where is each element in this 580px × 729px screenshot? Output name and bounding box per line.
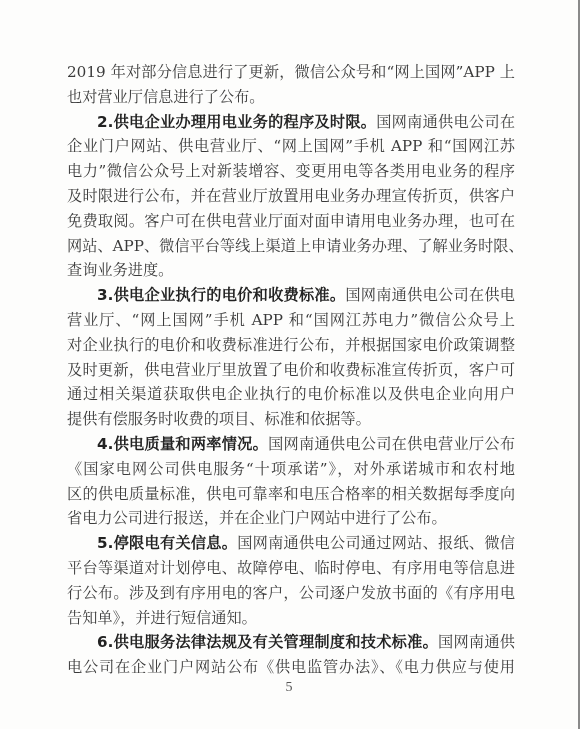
section-6-heading-line: 6.供电服务法律法规及有关管理制度和技术标准。国网南通供 bbox=[67, 630, 515, 655]
section-5-heading: 5.停限电有关信息。 bbox=[97, 534, 237, 552]
page-body: 2019 年对部分信息进行了更新，微信公众号和“网上国网”APP 上 也对营业厅… bbox=[67, 60, 515, 680]
text-line: 区的供电质量标准，供电可靠率和电压合格率的相关数据每季度向 bbox=[67, 482, 515, 507]
text-line: 平台等渠道对计划停电、故障停电、临时停电、有序用电等信息进 bbox=[67, 556, 515, 581]
text-span: 国网南通供电公司通过网站、报纸、微信 bbox=[237, 534, 515, 552]
text-span: 国网南通供电公司在供电营业厅公布 bbox=[268, 435, 515, 453]
section-4-heading-line: 4.供电质量和两率情况。国网南通供电公司在供电营业厅公布 bbox=[67, 432, 515, 457]
text-line: 对企业执行的电价和收费标准进行公布，并根据国家电价政策调整 bbox=[67, 333, 515, 358]
section-6-heading: 6.供电服务法律法规及有关管理制度和技术标准。 bbox=[97, 633, 438, 651]
section-2-heading: 2.供电企业办理用电业务的程序及时限。 bbox=[97, 113, 376, 131]
text-line: 及时更新，供电营业厅里放置了电价和收费标准宣传折页，客户可 bbox=[67, 358, 515, 383]
text-line: 电公司在企业门户网站公布《供电监管办法》、《电力供应与使用 bbox=[67, 655, 515, 680]
text-line: 营业厅、“网上国网”手机 APP 和“国网江苏电力”微信公众号上 bbox=[67, 308, 515, 333]
text-line: 企业门户网站、供电营业厅、“网上国网”手机 APP 和“国网江苏 bbox=[67, 134, 515, 159]
text-line: 《国家电网公司供电服务“十项承诺”》，对外承诺城市和农村地 bbox=[67, 457, 515, 482]
section-5-heading-line: 5.停限电有关信息。国网南通供电公司通过网站、报纸、微信 bbox=[67, 531, 515, 556]
text-line: 及时限进行公布，并在营业厅放置用电业务办理宣传折页，供客户 bbox=[67, 184, 515, 209]
text-line: 查询业务进度。 bbox=[67, 258, 515, 283]
text-span: 国网南通供 bbox=[438, 633, 515, 651]
text-line: 免费取阅。客户可在供电营业厅面对面申请用电业务办理，也可在 bbox=[67, 209, 515, 234]
text-line: 网站、APP、微信平台等线上渠道上申请业务办理、了解业务时限、 bbox=[67, 234, 515, 259]
page-number: 5 bbox=[0, 680, 578, 696]
text-line: 告知单》，并进行短信通知。 bbox=[67, 606, 515, 631]
text-line: 提供有偿服务时收费的项目、标准和依据等。 bbox=[67, 407, 515, 432]
text-span: 国网南通供电公司在 bbox=[376, 113, 515, 131]
text-line: 行公布。涉及到有序用电的客户，公司逐户发放书面的《有序用电 bbox=[67, 581, 515, 606]
text-line: 2019 年对部分信息进行了更新，微信公众号和“网上国网”APP 上 bbox=[67, 60, 515, 85]
section-4-heading: 4.供电质量和两率情况。 bbox=[97, 435, 268, 453]
text-line: 通过相关渠道获取供电企业执行的电价标准以及供电企业向用户 bbox=[67, 382, 515, 407]
text-span: 国网南通供电公司在供电 bbox=[345, 286, 515, 304]
document-page: 2019 年对部分信息进行了更新，微信公众号和“网上国网”APP 上 也对营业厅… bbox=[0, 0, 578, 729]
section-2-heading-line: 2.供电企业办理用电业务的程序及时限。国网南通供电公司在 bbox=[67, 110, 515, 135]
section-3-heading: 3.供电企业执行的电价和收费标准。 bbox=[97, 286, 345, 304]
text-line: 也对营业厅信息进行了公布。 bbox=[67, 85, 515, 110]
section-3-heading-line: 3.供电企业执行的电价和收费标准。国网南通供电公司在供电 bbox=[67, 283, 515, 308]
text-line: 省电力公司进行报送，并在企业门户网站中进行了公布。 bbox=[67, 506, 515, 531]
text-line: 电力”微信公众号上对新装增容、变更用电等各类用电业务的程序 bbox=[67, 159, 515, 184]
